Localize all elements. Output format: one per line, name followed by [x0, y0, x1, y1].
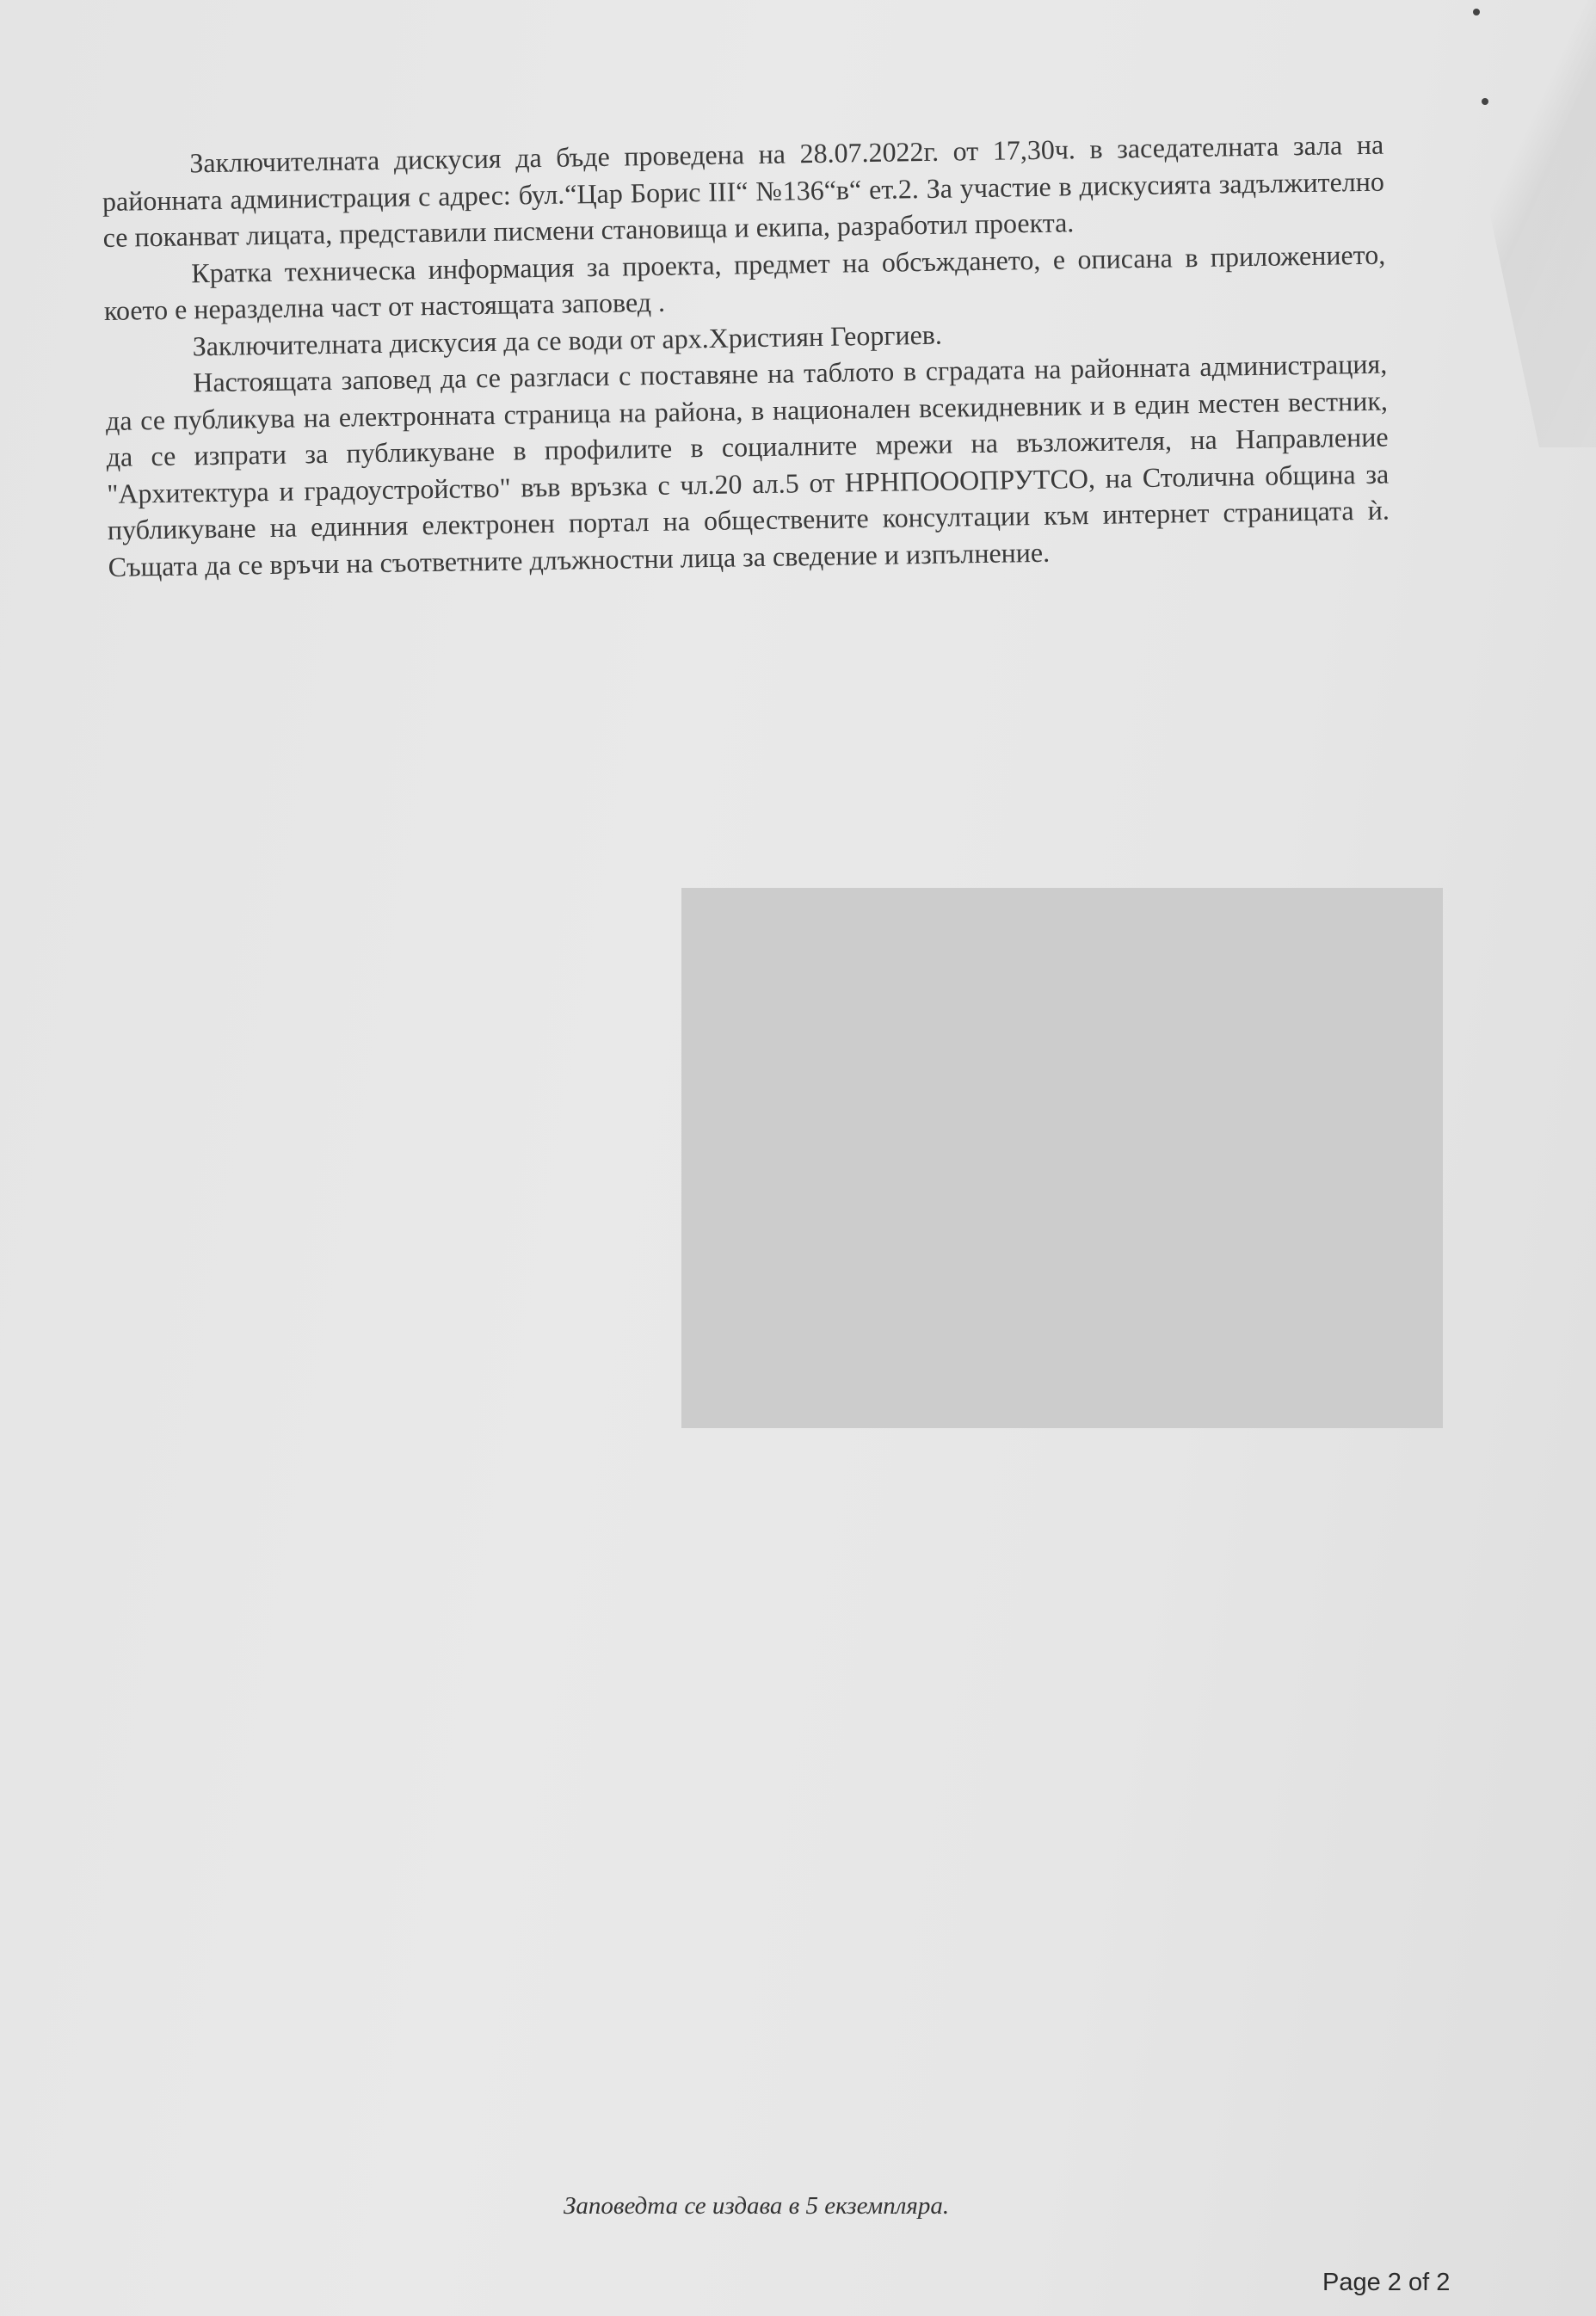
- page-number: Page 2 of 2: [1322, 2269, 1450, 2297]
- document-body: Заключителната дискусия да бъде проведен…: [102, 126, 1390, 585]
- paragraph-discussion: Заключителната дискусия да бъде проведен…: [102, 126, 1385, 256]
- staple-hole-icon: [1473, 9, 1480, 15]
- copies-note: Заповедта се издава в 5 екземпляра.: [564, 2192, 949, 2221]
- staple-hole-icon: [1482, 98, 1488, 105]
- paragraph-publication: Настоящата заповед да се разгласи с пост…: [105, 346, 1390, 585]
- paper-fold-shadow: [1407, 0, 1596, 447]
- redacted-signature-block: [681, 888, 1443, 1428]
